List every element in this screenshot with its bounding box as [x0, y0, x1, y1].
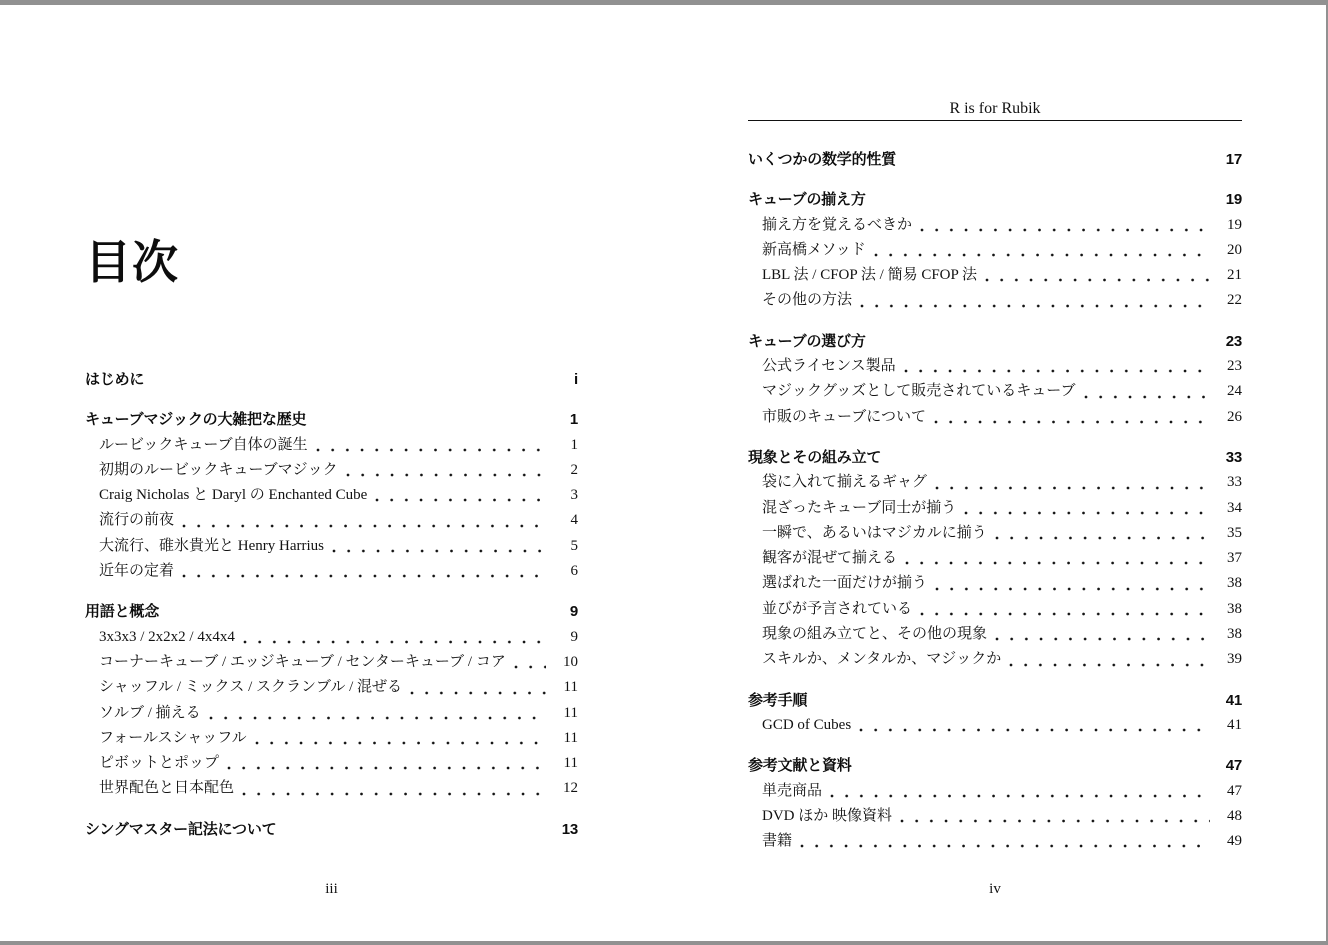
toc-entry-page: 47: [1214, 779, 1242, 804]
toc-entry: 観客が混ぜて揃える 37: [748, 546, 1242, 571]
left-page-number: iii: [85, 881, 578, 898]
toc-entry: 選ばれた一面だけが揃う 38: [748, 571, 1242, 596]
toc-entry-page: 38: [1214, 597, 1242, 622]
toc-entry: キューブの揃え方 19: [748, 187, 1242, 212]
toc-entry-label: いくつかの数学的性質: [748, 147, 896, 172]
toc-entry-label: 現象とその組み立て: [748, 445, 881, 470]
toc-entry-page: 11: [550, 726, 578, 751]
toc-entry-page: 23: [1214, 354, 1242, 379]
toc-entry-label: 参考手順: [748, 688, 807, 713]
toc-entry-page: 24: [1214, 379, 1242, 404]
toc-entry-label: LBL 法 / CFOP 法 / 簡易 CFOP 法: [762, 263, 977, 288]
toc-entry-page: 47: [1214, 753, 1242, 778]
dot-leader: [900, 804, 1210, 829]
toc-entry-label: 袋に入れて揃えるギャグ: [762, 470, 927, 495]
toc-list-left: はじめに i キューブマジックの大雑把な歴史 1 ルービックキューブ自体の誕生 …: [85, 367, 578, 842]
toc-entry-label: シャッフル / ミックス / スクランブル / 混ぜる: [99, 675, 402, 700]
toc-entry-label: 書籍: [762, 829, 792, 854]
dot-leader: [860, 288, 1210, 313]
toc-entry: 用語と概念 9: [85, 599, 578, 624]
toc-entry-label: 用語と概念: [85, 599, 159, 624]
toc-entry: ルービックキューブ自体の誕生 1: [85, 433, 578, 458]
toc-entry-label: 選ばれた一面だけが揃う: [762, 571, 927, 596]
dot-leader: [1009, 647, 1210, 672]
dot-leader: [182, 559, 546, 584]
toc-entry-label: 市販のキューブについて: [762, 405, 926, 430]
toc-entry-page: 4: [550, 508, 578, 533]
dot-leader: [964, 496, 1210, 521]
dot-leader: [985, 263, 1210, 288]
dot-leader: [243, 625, 546, 650]
toc-entry: 参考文献と資料 47: [748, 753, 1242, 778]
toc-entry-page: 11: [550, 675, 578, 700]
toc-entry-label: フォールスシャッフル: [99, 726, 247, 751]
toc-entry: シャッフル / ミックス / スクランブル / 混ぜる 11: [85, 675, 578, 700]
toc-entry-page: 38: [1214, 622, 1242, 647]
toc-entry: その他の方法 22: [748, 288, 1242, 313]
toc-entry-page: 48: [1214, 804, 1242, 829]
toc-list-right: いくつかの数学的性質 17 キューブの揃え方 19 揃え方を覚えるべきか 19 …: [748, 147, 1242, 854]
right-page-number: iv: [748, 881, 1242, 898]
toc-entry: LBL 法 / CFOP 法 / 簡易 CFOP 法 21: [748, 263, 1242, 288]
toc-entry-label: スキルか、メンタルか、マジックか: [762, 647, 1001, 672]
toc-entry: はじめに i: [85, 367, 578, 392]
viewer-frame-top-edge: [0, 0, 1328, 5]
toc-entry: 参考手順 41: [748, 688, 1242, 713]
toc-entry: キューブマジックの大雑把な歴史 1: [85, 407, 578, 432]
toc-entry: 並びが予言されている 38: [748, 597, 1242, 622]
toc-entry-page: 49: [1214, 829, 1242, 854]
toc-entry-label: GCD of Cubes: [762, 713, 851, 738]
toc-entry-label: 観客が混ぜて揃える: [762, 546, 897, 571]
dot-leader: [332, 534, 546, 559]
dot-leader: [874, 238, 1210, 263]
toc-entry-label: 参考文献と資料: [748, 753, 852, 778]
toc-entry-page: 2: [550, 458, 578, 483]
toc-entry-label: DVD ほか 映像資料: [762, 804, 892, 829]
toc-entry-page: 9: [550, 599, 578, 624]
toc-entry-label: コーナーキューブ / エッジキューブ / センターキューブ / コア: [99, 650, 506, 675]
toc-entry-label: ルービックキューブ自体の誕生: [99, 433, 308, 458]
toc-entry-label: 大流行、碓氷貴光と Henry Harrius: [99, 534, 324, 559]
dot-leader: [242, 776, 546, 801]
toc-entry-page: 38: [1214, 571, 1242, 596]
dot-leader: [316, 433, 546, 458]
toc-entry-page: 23: [1214, 329, 1242, 354]
dot-leader: [255, 726, 546, 751]
toc-entry-label: 単売商品: [762, 779, 822, 804]
toc-entry-page: 22: [1214, 288, 1242, 313]
toc-entry-page: 1: [550, 407, 578, 432]
toc-entry-page: 41: [1214, 688, 1242, 713]
toc-entry: 単売商品 47: [748, 779, 1242, 804]
toc-entry: Craig Nicholas と Daryl の Enchanted Cube …: [85, 483, 578, 508]
dot-leader: [209, 701, 546, 726]
toc-entry: 世界配色と日本配色 12: [85, 776, 578, 801]
toc-entry: スキルか、メンタルか、マジックか 39: [748, 647, 1242, 672]
dot-leader: [410, 675, 546, 700]
toc-entry: ピボットとポップ 11: [85, 751, 578, 776]
toc-entry: 流行の前夜 4: [85, 508, 578, 533]
dot-leader: [905, 546, 1210, 571]
toc-entry-label: 並びが予言されている: [762, 597, 912, 622]
toc-entry-label: 現象の組み立てと、その他の現象: [762, 622, 987, 647]
toc-title: 目次: [85, 226, 179, 292]
dot-leader: [935, 571, 1210, 596]
toc-entry: 3x3x3 / 2x2x2 / 4x4x4 9: [85, 625, 578, 650]
toc-entry-label: 公式ライセンス製品: [762, 354, 896, 379]
toc-entry-page: 26: [1214, 405, 1242, 430]
dot-leader: [1084, 379, 1210, 404]
toc-entry-page: 3: [550, 483, 578, 508]
toc-entry-page: 33: [1214, 470, 1242, 495]
toc-entry-label: 揃え方を覚えるべきか: [762, 213, 912, 238]
toc-entry-label: 新高橋メソッド: [762, 238, 866, 263]
running-header: R is for Rubik: [748, 100, 1242, 118]
toc-entry-page: 19: [1214, 213, 1242, 238]
toc-entry-label: キューブの揃え方: [748, 187, 866, 212]
dot-leader: [995, 622, 1210, 647]
dot-leader: [227, 751, 546, 776]
toc-entry-page: 5: [550, 534, 578, 559]
toc-entry-label: はじめに: [85, 367, 144, 392]
toc-entry: 市販のキューブについて 26: [748, 405, 1242, 430]
toc-entry-label: その他の方法: [762, 288, 852, 313]
toc-entry: 近年の定着 6: [85, 559, 578, 584]
toc-entry-page: 19: [1214, 187, 1242, 212]
toc-entry-page: 11: [550, 701, 578, 726]
toc-entry: 初期のルービックキューブマジック 2: [85, 458, 578, 483]
toc-entry-label: マジックグッズとして販売されているキューブ: [762, 379, 1076, 404]
toc-entry-page: 17: [1214, 147, 1242, 172]
dot-leader: [375, 483, 546, 508]
toc-entry: 現象の組み立てと、その他の現象 38: [748, 622, 1242, 647]
toc-entry-page: 6: [550, 559, 578, 584]
viewer-frame-bottom-edge: [0, 941, 1328, 945]
toc-entry: ソルブ / 揃える 11: [85, 701, 578, 726]
toc-entry-page: 41: [1214, 713, 1242, 738]
toc-entry: 現象とその組み立て 33: [748, 445, 1242, 470]
toc-entry-label: ソルブ / 揃える: [99, 701, 201, 726]
toc-entry-label: Craig Nicholas と Daryl の Enchanted Cube: [99, 483, 367, 508]
dot-leader: [182, 508, 546, 533]
toc-entry: マジックグッズとして販売されているキューブ 24: [748, 379, 1242, 404]
toc-entry: 公式ライセンス製品 23: [748, 354, 1242, 379]
toc-entry-page: i: [550, 367, 578, 392]
dot-leader: [920, 597, 1210, 622]
toc-entry-label: キューブマジックの大雑把な歴史: [85, 407, 306, 432]
toc-entry-page: 13: [550, 817, 578, 842]
toc-entry-page: 11: [550, 751, 578, 776]
dot-leader: [800, 829, 1210, 854]
toc-entry-label: ピボットとポップ: [99, 751, 219, 776]
toc-entry-label: 近年の定着: [99, 559, 174, 584]
toc-entry: 新高橋メソッド 20: [748, 238, 1242, 263]
dot-leader: [859, 713, 1210, 738]
toc-entry-page: 37: [1214, 546, 1242, 571]
dot-leader: [830, 779, 1210, 804]
header-rule: [748, 120, 1242, 121]
toc-entry: キューブの選び方 23: [748, 329, 1242, 354]
dot-leader: [935, 470, 1210, 495]
toc-entry-label: 3x3x3 / 2x2x2 / 4x4x4: [99, 625, 235, 650]
dot-leader: [934, 405, 1210, 430]
dot-leader: [920, 213, 1210, 238]
dot-leader: [904, 354, 1210, 379]
toc-entry-page: 20: [1214, 238, 1242, 263]
toc-entry-page: 33: [1214, 445, 1242, 470]
toc-entry-label: 初期のルービックキューブマジック: [99, 458, 338, 483]
toc-entry-page: 21: [1214, 263, 1242, 288]
toc-entry-label: 世界配色と日本配色: [99, 776, 234, 801]
toc-entry-page: 10: [550, 650, 578, 675]
toc-entry-label: 混ざったキューブ同士が揃う: [762, 496, 956, 521]
toc-entry: フォールスシャッフル 11: [85, 726, 578, 751]
toc-entry-label: キューブの選び方: [748, 329, 866, 354]
dot-leader: [995, 521, 1210, 546]
dot-leader: [514, 650, 546, 675]
toc-entry: 揃え方を覚えるべきか 19: [748, 213, 1242, 238]
toc-entry: シングマスター記法について 13: [85, 817, 578, 842]
toc-entry-label: 一瞬で、あるいはマジカルに揃う: [762, 521, 987, 546]
toc-entry-page: 35: [1214, 521, 1242, 546]
toc-entry: いくつかの数学的性質 17: [748, 147, 1242, 172]
toc-entry-page: 34: [1214, 496, 1242, 521]
toc-entry: 大流行、碓氷貴光と Henry Harrius 5: [85, 534, 578, 559]
toc-entry-page: 1: [550, 433, 578, 458]
toc-entry: 一瞬で、あるいはマジカルに揃う 35: [748, 521, 1242, 546]
toc-entry-label: シングマスター記法について: [85, 817, 276, 842]
toc-entry: コーナーキューブ / エッジキューブ / センターキューブ / コア 10: [85, 650, 578, 675]
toc-entry-page: 9: [550, 625, 578, 650]
toc-entry-page: 39: [1214, 647, 1242, 672]
toc-entry-label: 流行の前夜: [99, 508, 174, 533]
toc-entry-page: 12: [550, 776, 578, 801]
toc-entry: GCD of Cubes 41: [748, 713, 1242, 738]
dot-leader: [346, 458, 546, 483]
toc-entry: 書籍 49: [748, 829, 1242, 854]
toc-entry: 混ざったキューブ同士が揃う 34: [748, 496, 1242, 521]
toc-entry: DVD ほか 映像資料 48: [748, 804, 1242, 829]
toc-entry: 袋に入れて揃えるギャグ 33: [748, 470, 1242, 495]
